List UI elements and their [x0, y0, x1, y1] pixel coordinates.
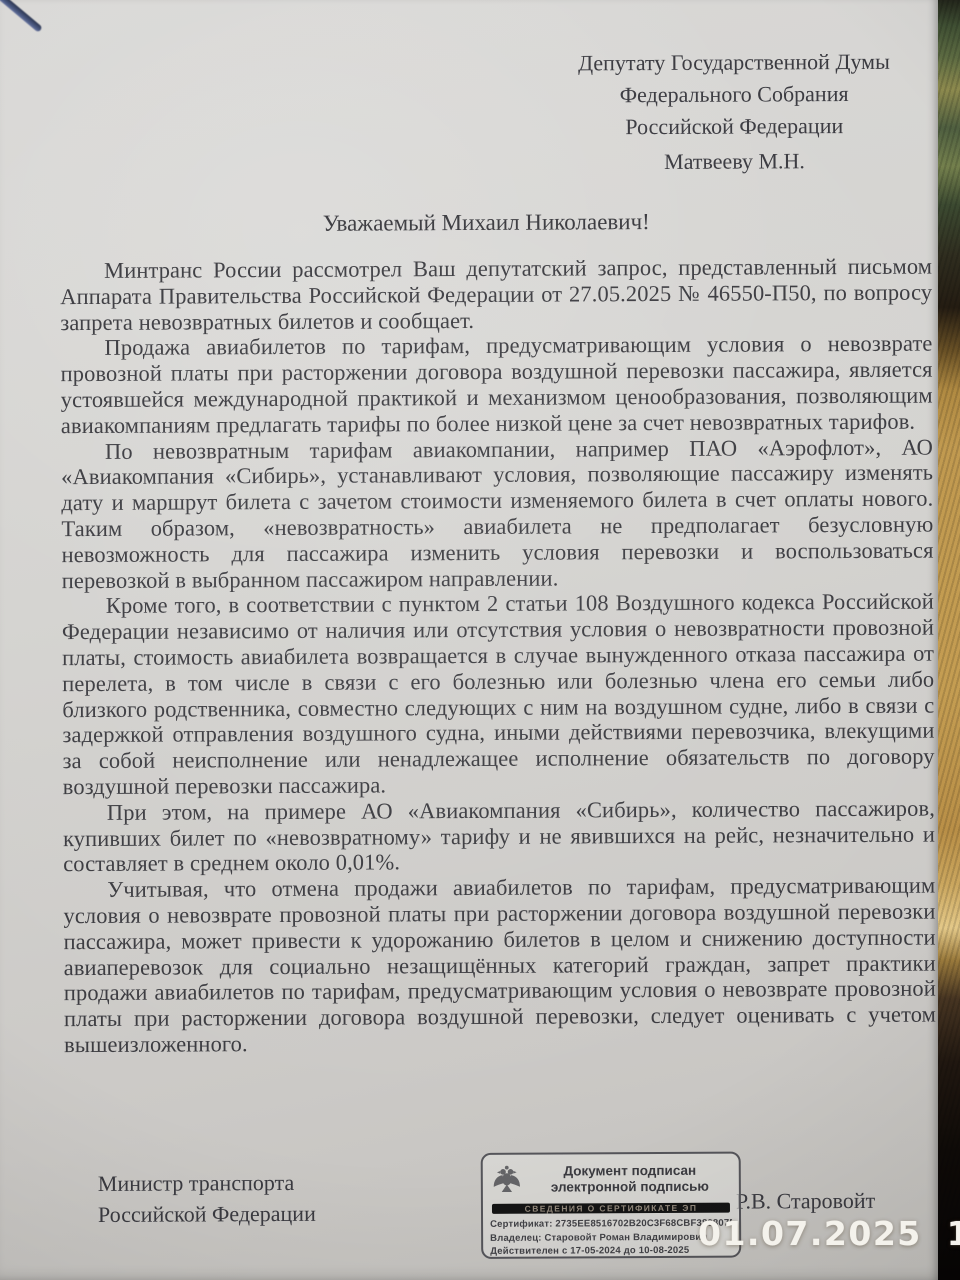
photo-of-document: Депутату Государственной Думы Федерально…	[0, 0, 960, 1280]
certificate-details: Сертификат: 2735EE8516702B20C3F68CBF3898…	[490, 1217, 732, 1259]
paragraph: Продажа авиабилетов по тарифам, предусма…	[60, 331, 933, 439]
certificate-owner: Владелец: Старовойт Роман Владимирович	[490, 1230, 732, 1245]
stamp-header: Документ подписан электронной подписью	[490, 1160, 732, 1199]
recipient-block: Депутату Государственной Думы Федерально…	[560, 46, 908, 144]
certificate-validity: Действителен с 17-05-2024 до 10-08-2025	[490, 1244, 732, 1259]
recipient-line: Депутату Государственной Думы	[560, 46, 908, 80]
camera-timestamp: 01.07.2025 16:34	[698, 1214, 960, 1253]
signer-name: Р.В. Старовойт	[736, 1188, 875, 1215]
salutation: Уважаемый Михаил Николаевич!	[323, 209, 650, 237]
recipient-name: Матвееву М.Н.	[560, 148, 908, 176]
paragraph: По невозвратным тарифам авиакомпании, на…	[61, 434, 934, 593]
paragraph: При этом, на примере АО «Авиакомпания «С…	[63, 795, 935, 877]
signer-position-line: Российской Федерации	[98, 1198, 316, 1230]
paragraph: Кроме того, в соответствии с пунктом 2 с…	[62, 589, 935, 800]
recipient-line: Российской Федерации	[560, 110, 908, 144]
double-headed-eagle-icon	[490, 1161, 524, 1199]
recipient-line: Федерального Собрания	[560, 78, 908, 112]
letter-body: Минтранс России рассмотрел Ваш депутатск…	[60, 254, 936, 1058]
paragraph: Учитывая, что отмена продажи авиабилетов…	[63, 873, 936, 1058]
signer-position: Министр транспорта Российской Федерации	[98, 1167, 316, 1230]
signer-position-line: Министр транспорта	[98, 1167, 316, 1199]
certificate-info-bar: СВЕДЕНИЯ О СЕРТИФИКАТЕ ЭП	[492, 1203, 730, 1214]
letter-page: Депутату Государственной Думы Федерально…	[0, 0, 938, 1280]
stamp-title: Документ подписан электронной подписью	[528, 1163, 732, 1196]
certificate-number: Сертификат: 2735EE8516702B20C3F68CBF3898…	[490, 1217, 732, 1232]
letter-content: Депутату Государственной Думы Федерально…	[0, 0, 941, 1280]
paragraph: Минтранс России рассмотрел Ваш депутатск…	[60, 254, 932, 336]
